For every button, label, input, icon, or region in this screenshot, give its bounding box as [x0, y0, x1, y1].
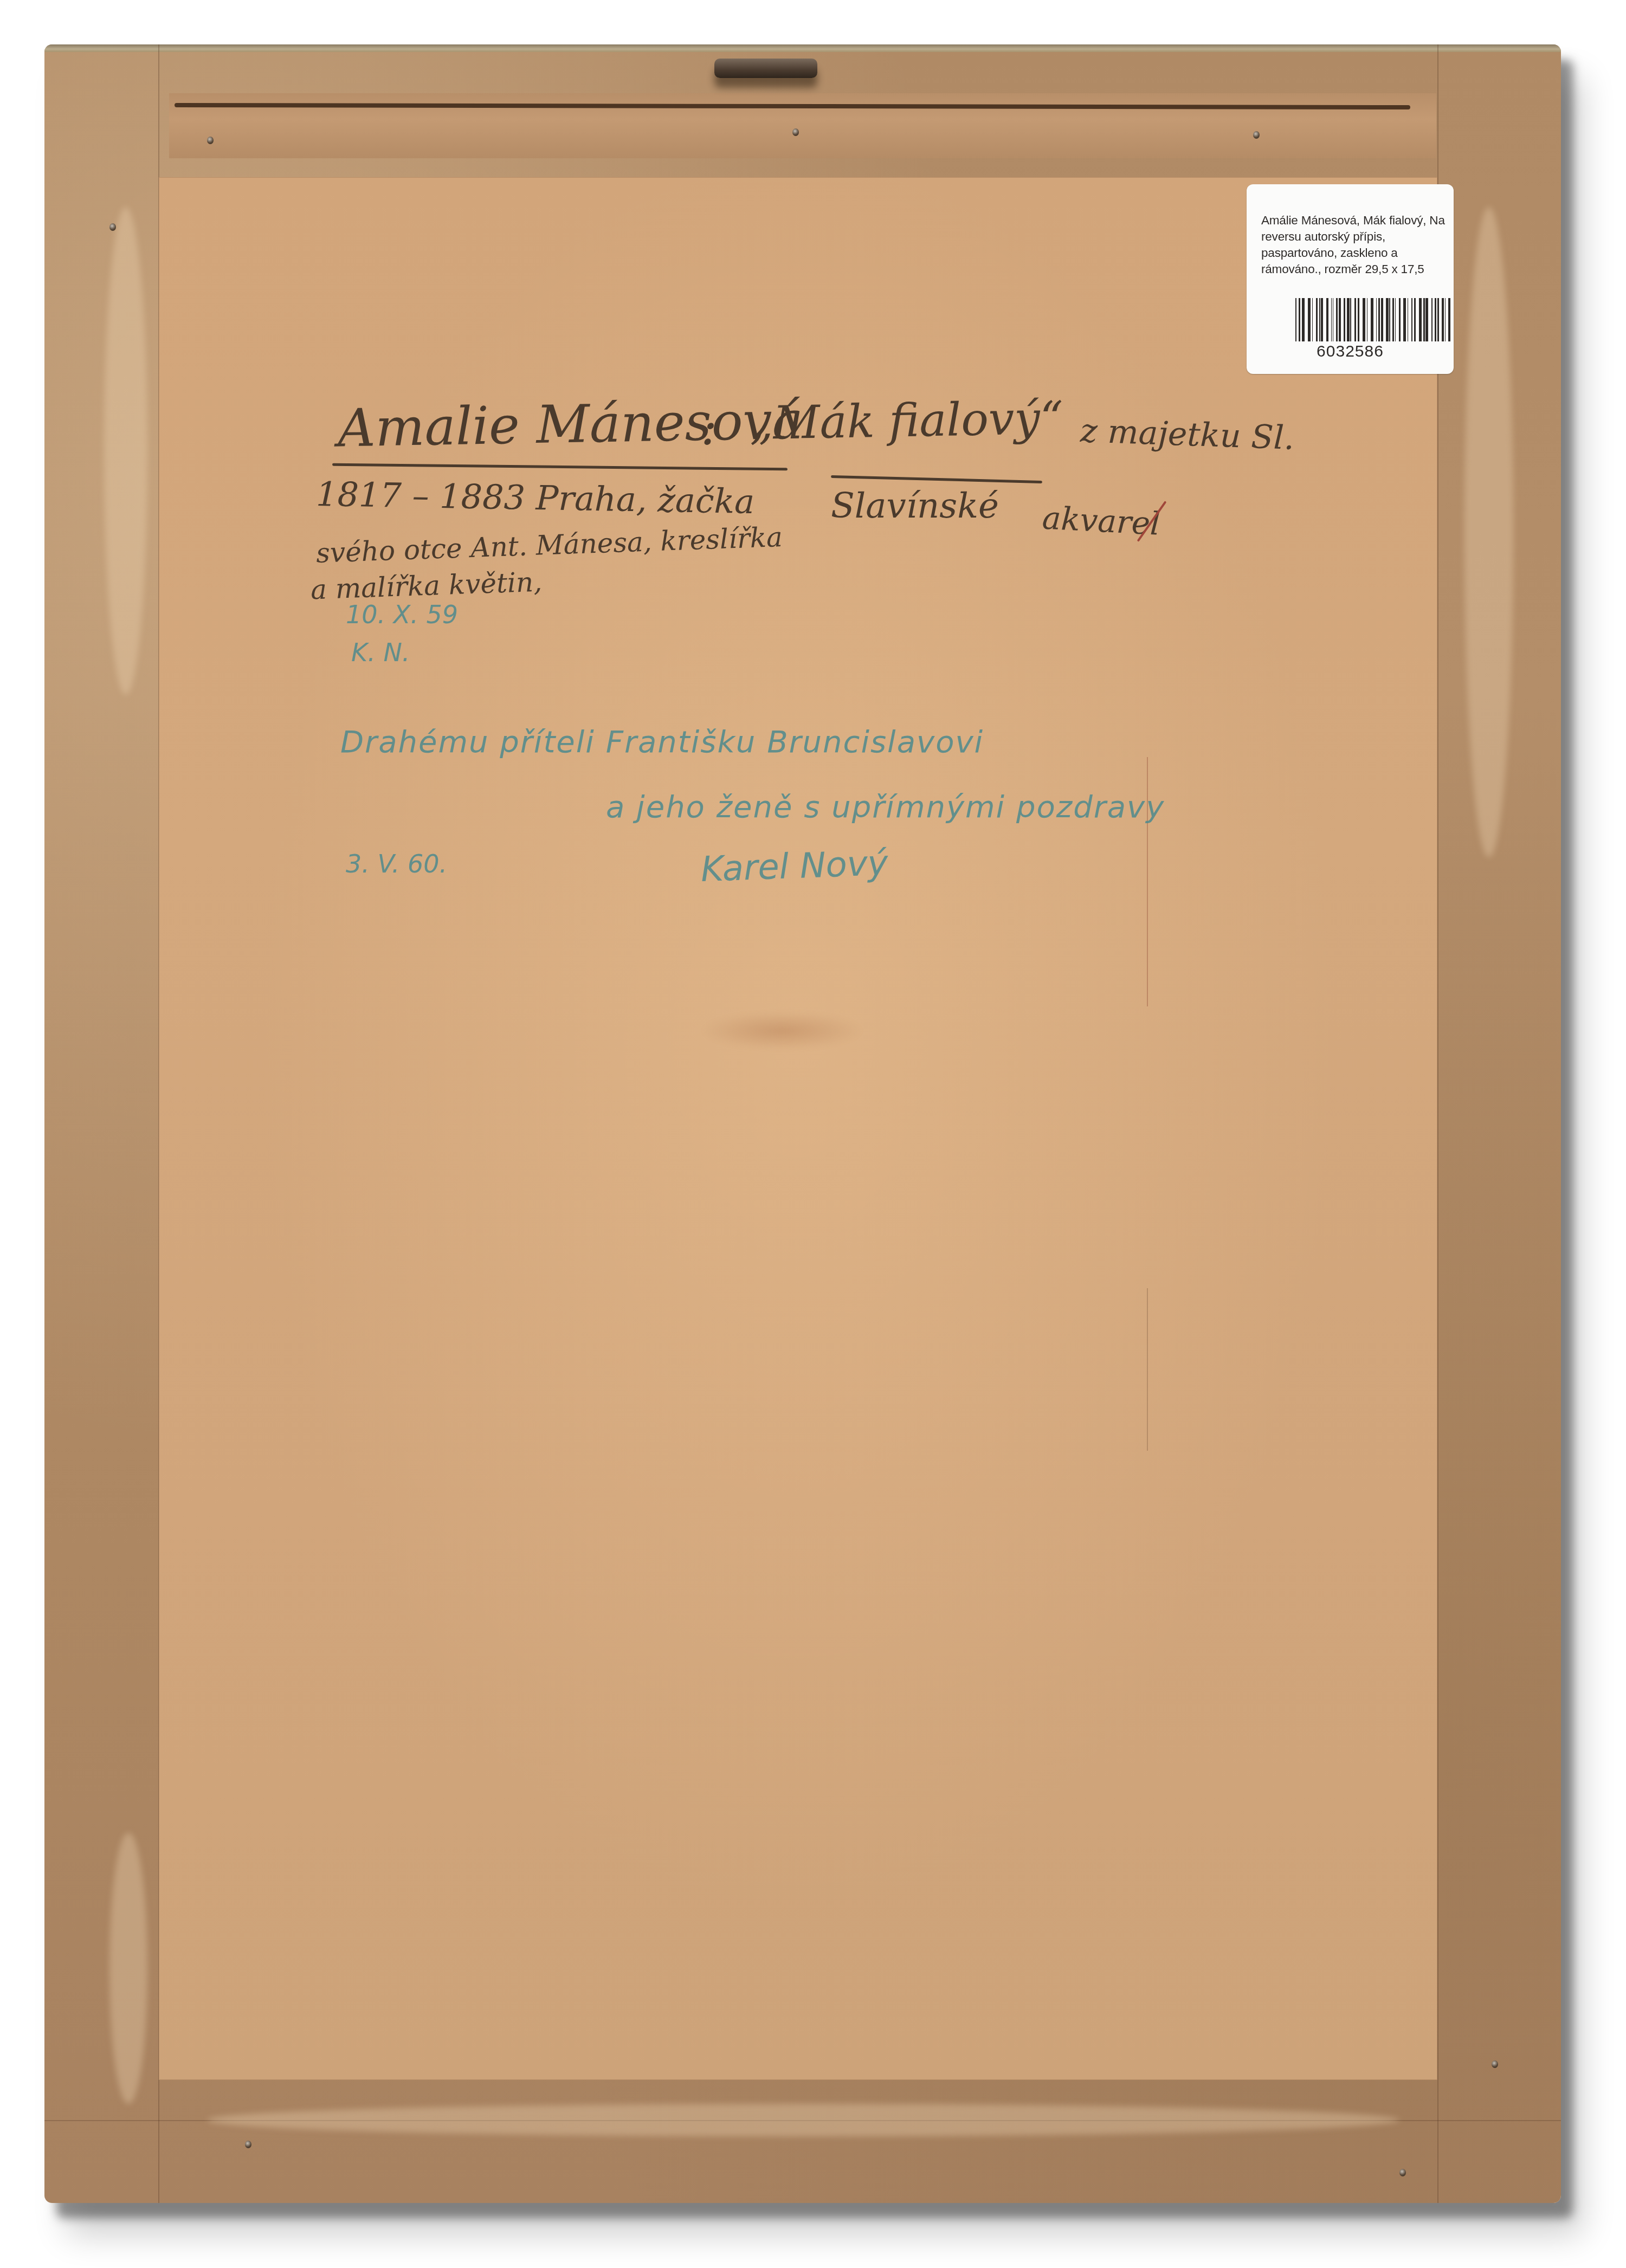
pencil-mark: [1147, 1288, 1148, 1451]
inscription-underline: [332, 463, 788, 471]
label-description: Amálie Mánesová, Mák fialový, Na reversu…: [1261, 212, 1448, 277]
tape-crease: [1464, 207, 1513, 857]
pencil-initials: K. N.: [351, 638, 410, 667]
frame-nail: [1253, 131, 1260, 139]
barcode: [1295, 298, 1453, 341]
inscription-underline: [831, 475, 1042, 483]
auction-label: Amálie Mánesová, Mák fialový, Na reversu…: [1247, 184, 1454, 374]
inscription-line3: svého otce Ant. Mánesa, kreslířka: [315, 521, 783, 569]
inscription-artist: Amalie Mánesová: [337, 390, 804, 459]
frame-nail: [207, 137, 214, 144]
dedication-line-1: Drahému příteli Františku Bruncislavovi: [340, 725, 984, 760]
frame-nail: [109, 223, 116, 231]
inscription-owner: Slavínské: [831, 486, 999, 526]
tape-crease: [104, 207, 147, 695]
pencil-date-1: 10. X. 59: [346, 600, 458, 629]
inscription-separator: :: [701, 399, 717, 456]
dedication-signature: Karel Nový: [700, 843, 889, 890]
hanging-bracket: [714, 59, 817, 78]
dedication-date: 3. V. 60.: [346, 849, 447, 878]
frame-top-edge: [44, 44, 1561, 52]
inscription-provenance: z majetku Sl.: [1080, 412, 1295, 457]
tape-crease: [207, 2104, 1399, 2136]
barcode-bar: [1450, 298, 1452, 341]
dedication-line-2: a jeho ženě s upřímnými pozdravy: [606, 790, 1165, 825]
frame-nail: [792, 128, 799, 136]
frame-nail: [1399, 2169, 1406, 2176]
inscription-title: „Mák fialový“: [749, 391, 1063, 450]
barcode-number: 6032586: [1247, 343, 1454, 361]
tape-crease: [109, 1833, 147, 2104]
stain: [701, 1012, 863, 1050]
inscription-technique: akvarel: [1041, 499, 1161, 542]
frame-nail: [1492, 2060, 1498, 2068]
inscription-dates: 1817 – 1883 Praha, žačka: [315, 474, 754, 521]
backing-board: Amalie Mánesová : „Mák fialový“ z majetk…: [159, 177, 1437, 2080]
frame-nail: [245, 2141, 251, 2148]
